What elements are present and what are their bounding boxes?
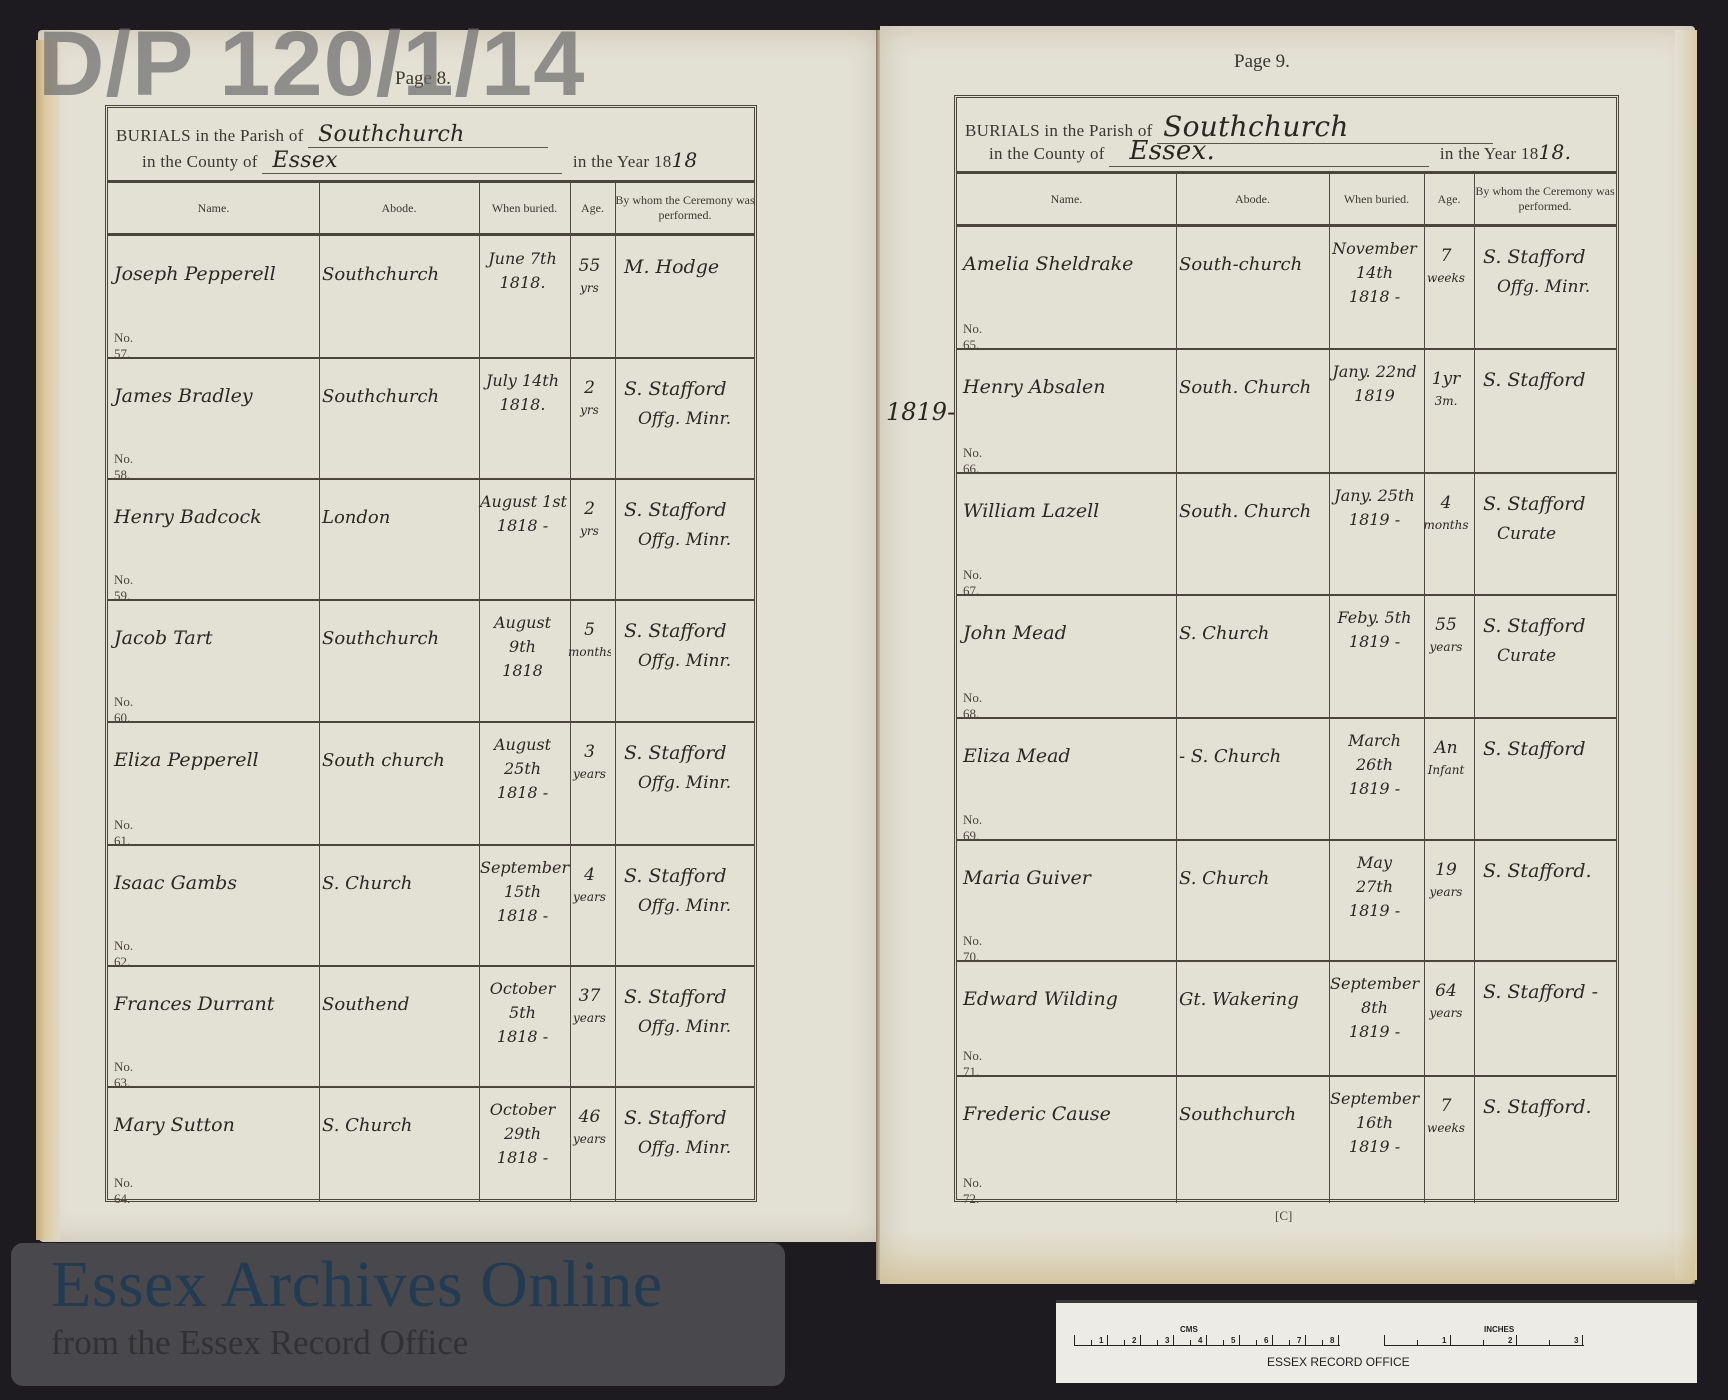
book-spine	[876, 30, 880, 1280]
entry-abode: S. Church	[1179, 868, 1269, 889]
entry-age: 7	[1422, 1096, 1470, 1117]
entry-burial-date: 5th	[480, 1002, 565, 1023]
entry-age: yrs	[568, 278, 611, 299]
entry-name: Edward Wilding	[963, 989, 1118, 1010]
entry-officiant: S. Stafford	[624, 497, 727, 523]
entry-number: No. 64.	[114, 1175, 133, 1207]
entry-age: yrs	[568, 521, 611, 542]
entry-abode: Southchurch	[322, 386, 439, 407]
entry-burial-date: June 7th	[480, 248, 565, 269]
ruler-tick-label: 5	[1231, 1336, 1235, 1345]
entry-abode: Southend	[322, 994, 409, 1015]
entry-burial-date: 1818 -	[480, 905, 565, 926]
col-header-name: Name.	[957, 173, 1176, 225]
row-divider	[957, 717, 1616, 719]
entry-abode: - S. Church	[1179, 746, 1281, 767]
entry-abode: South-church	[1179, 254, 1302, 275]
county-line: in the County of Essex in the Year 1818	[142, 148, 698, 174]
entry-burial-date: 26th	[1330, 754, 1419, 775]
col-divider	[1474, 173, 1475, 1203]
entry-burial-date: August	[480, 734, 565, 755]
entry-burial-date: November	[1330, 238, 1419, 259]
right-page-edge	[1675, 30, 1697, 1280]
col-header-by-whom: By whom the Ceremony was performed.	[1474, 173, 1616, 225]
entry-burial-date: Feby. 5th	[1330, 607, 1419, 628]
ruler-tick	[1272, 1335, 1273, 1345]
ruler-tick	[1190, 1340, 1191, 1345]
entry-abode: S. Church	[322, 873, 412, 894]
ruler-tick	[1549, 1340, 1550, 1345]
ruler-tick	[1516, 1335, 1517, 1345]
entry-age: years	[568, 1129, 611, 1150]
ruler-tick	[1582, 1335, 1583, 1345]
entry-age: 3m.	[1422, 391, 1470, 412]
signature-mark: [C]	[1275, 1208, 1292, 1224]
entry-name: Maria Guiver	[963, 868, 1091, 889]
county-line: in the County of Essex. in the Year 1818…	[989, 136, 1571, 167]
entry-abode: London	[322, 507, 390, 528]
entry-burial-date: September	[480, 857, 565, 878]
county-prefix: in the County of	[989, 144, 1105, 163]
cms-label: CMS	[1180, 1325, 1198, 1334]
entry-number: No. 69.	[963, 812, 982, 844]
entry-number: No. 60.	[114, 694, 133, 726]
entry-number: No. 66.	[963, 445, 982, 477]
entry-burial-date: 1818 -	[480, 1147, 565, 1168]
entry-age: years	[568, 887, 611, 908]
entry-burial-date: July 14th	[480, 370, 565, 391]
entry-burial-date: 1819 -	[1330, 778, 1419, 799]
entry-officiant: S. Stafford	[1483, 491, 1586, 517]
document-reference: D/P 120/1/14	[38, 18, 585, 110]
entry-age: 46	[568, 1107, 611, 1128]
scale-ruler: 12345678 CMS 123 INCHES ESSEX RECORD OFF…	[1056, 1300, 1697, 1383]
county-field: Essex.	[1109, 136, 1429, 167]
row-divider	[957, 594, 1616, 596]
entry-officiant: Offg. Minr.	[638, 648, 731, 674]
col-header-name: Name.	[108, 182, 319, 234]
entry-burial-date: 1818 -	[1330, 286, 1419, 307]
col-divider	[570, 182, 571, 1202]
entry-number: No. 65.	[963, 321, 982, 353]
entry-officiant: Curate	[1497, 643, 1556, 669]
entry-burial-date: August	[480, 612, 565, 633]
row-divider	[108, 1086, 754, 1088]
entry-burial-date: 1819 -	[1330, 1136, 1419, 1157]
archives-title: Essex Archives Online	[51, 1247, 663, 1323]
entry-officiant: Offg. Minr.	[1497, 274, 1590, 300]
entry-name: James Bradley	[114, 386, 253, 407]
col-header-abode: Abode.	[1176, 173, 1329, 225]
entry-officiant: S. Stafford	[624, 984, 727, 1010]
ruler-tick-label: 7	[1297, 1336, 1301, 1345]
entry-name: Eliza Pepperell	[114, 750, 259, 771]
entry-burial-date: 25th	[480, 758, 565, 779]
entry-officiant: S. Stafford	[624, 863, 727, 889]
ruler-tick	[1223, 1340, 1224, 1345]
entry-burial-date: 15th	[480, 881, 565, 902]
row-divider	[108, 478, 754, 480]
entry-burial-date: September	[1330, 1088, 1419, 1109]
archives-watermark: Essex Archives Online from the Essex Rec…	[11, 1243, 785, 1386]
county-field: Essex	[262, 148, 562, 174]
entry-name: William Lazell	[963, 501, 1099, 522]
entry-age: months	[568, 642, 611, 663]
cms-scale: 12345678	[1074, 1335, 1340, 1346]
entry-number: No. 70.	[963, 933, 982, 965]
ruler-tick	[1091, 1340, 1092, 1345]
entry-burial-date: 1819 -	[1330, 631, 1419, 652]
entry-age: weeks	[1422, 268, 1470, 289]
register-title-line: BURIALS in the Parish of Southchurch	[116, 122, 548, 148]
row-divider	[957, 839, 1616, 841]
ruler-tick	[1140, 1335, 1141, 1345]
entry-burial-date: 14th	[1330, 262, 1419, 283]
entry-burial-date: 1818 -	[480, 782, 565, 803]
entry-name: Amelia Sheldrake	[963, 254, 1133, 275]
col-divider	[1329, 173, 1330, 1203]
entry-name: Isaac Gambs	[114, 873, 237, 894]
ruler-tick-label: 2	[1508, 1336, 1512, 1345]
entry-age: 2	[568, 499, 611, 520]
margin-year-note: 1819-	[886, 398, 955, 426]
entry-name: Frances Durrant	[114, 994, 274, 1015]
entry-age: years	[1422, 1003, 1470, 1024]
county-prefix: in the County of	[142, 152, 258, 171]
entry-burial-date: 1818.	[480, 272, 565, 293]
ruler-tick-label: 8	[1330, 1336, 1334, 1345]
entry-abode: S. Church	[1179, 623, 1269, 644]
entry-abode: Southchurch	[322, 264, 439, 285]
entry-name: Henry Badcock	[114, 507, 262, 528]
entry-age: years	[568, 1008, 611, 1029]
col-header-abode: Abode.	[319, 182, 479, 234]
entry-age: 5	[568, 620, 611, 641]
col-header-when-buried: When buried.	[479, 182, 570, 234]
entry-age: An	[1422, 738, 1470, 759]
entry-name: Eliza Mead	[963, 746, 1071, 767]
entry-burial-date: October	[480, 1099, 565, 1120]
entry-age: 4	[568, 865, 611, 886]
entry-burial-date: August 1st	[480, 491, 565, 512]
entry-name: Frederic Cause	[963, 1104, 1111, 1125]
entry-abode: Southchurch	[322, 628, 439, 649]
entry-burial-date: September	[1330, 973, 1419, 994]
entry-number: No. 72.	[963, 1175, 982, 1207]
entry-abode: Gt. Wakering	[1179, 989, 1299, 1010]
col-divider	[615, 182, 616, 1202]
col-header-when-buried: When buried.	[1329, 173, 1424, 225]
year-prefix: in the Year 18	[573, 152, 672, 171]
entry-burial-date: 8th	[1330, 997, 1419, 1018]
entry-age: 2	[568, 378, 611, 399]
entry-age: 3	[568, 742, 611, 763]
entry-name: Jacob Tart	[114, 628, 212, 649]
col-divider	[1424, 173, 1425, 1203]
entry-officiant: S. Stafford	[624, 376, 727, 402]
row-divider	[108, 357, 754, 359]
ruler-tick	[1239, 1335, 1240, 1345]
entry-officiant: Offg. Minr.	[638, 527, 731, 553]
entry-burial-date: 1819 -	[1330, 1021, 1419, 1042]
entry-burial-date: March	[1330, 730, 1419, 751]
row-divider	[957, 472, 1616, 474]
row-divider	[957, 1075, 1616, 1077]
entry-officiant: Curate	[1497, 521, 1556, 547]
ruler-tick	[1074, 1335, 1075, 1345]
entry-number: No. 59.	[114, 572, 133, 604]
entry-burial-date: 1818 -	[480, 515, 565, 536]
entry-burial-date: October	[480, 978, 565, 999]
entry-abode: South church	[322, 750, 445, 771]
left-page-edge	[36, 40, 60, 1240]
entry-name: Joseph Pepperell	[114, 264, 276, 285]
page-stain	[880, 1230, 1695, 1284]
ruler-tick	[1289, 1340, 1290, 1345]
entry-number: No. 62.	[114, 938, 133, 970]
col-divider	[1176, 173, 1177, 1203]
entry-burial-date: 1819	[1330, 385, 1419, 406]
ruler-tick-label: 1	[1099, 1336, 1103, 1345]
entry-officiant: Offg. Minr.	[638, 1014, 731, 1040]
col-divider	[319, 182, 320, 1202]
ruler-tick-label: 2	[1132, 1336, 1136, 1345]
entry-number: No. 67.	[963, 567, 982, 599]
page-label-right: Page 9.	[1234, 51, 1290, 73]
ruler-tick	[1338, 1335, 1339, 1345]
entry-officiant: M. Hodge	[624, 254, 719, 280]
entry-age: weeks	[1422, 1118, 1470, 1139]
entry-officiant: S. Stafford	[624, 618, 727, 644]
entry-abode: Southchurch	[1179, 1104, 1296, 1125]
row-divider	[108, 721, 754, 723]
entry-age: years	[568, 764, 611, 785]
row-divider	[108, 965, 754, 967]
entry-number: No. 58.	[114, 451, 133, 483]
ruler-tick	[1124, 1340, 1125, 1345]
entry-name: John Mead	[963, 623, 1067, 644]
entry-age: 19	[1422, 860, 1470, 881]
col-header-age: Age.	[1424, 173, 1474, 225]
entry-officiant: S. Stafford	[624, 740, 727, 766]
ruler-tick	[1256, 1340, 1257, 1345]
entry-number: No. 71.	[963, 1048, 982, 1080]
col-header-by-whom: By whom the Ceremony was performed.	[615, 182, 755, 234]
row-divider	[108, 844, 754, 846]
ruler-tick	[1450, 1335, 1451, 1345]
entry-officiant: S. Stafford.	[1483, 1094, 1592, 1120]
entry-burial-date: 9th	[480, 636, 565, 657]
entry-burial-date: Jany. 25th	[1330, 485, 1419, 506]
ruler-tick	[1173, 1335, 1174, 1345]
entry-abode: South. Church	[1179, 377, 1311, 398]
entry-number: No. 63.	[114, 1059, 133, 1091]
entry-number: No. 68.	[963, 690, 982, 722]
ruler-tick	[1305, 1335, 1306, 1345]
ruler-tick	[1384, 1335, 1385, 1345]
entry-age: 55	[1422, 615, 1470, 636]
entry-age: 64	[1422, 981, 1470, 1002]
entry-burial-date: Jany. 22nd	[1330, 361, 1419, 382]
entry-abode: S. Church	[322, 1115, 412, 1136]
entry-officiant: S. Stafford	[1483, 367, 1586, 393]
entry-abode: South. Church	[1179, 501, 1311, 522]
record-office-label: ESSEX RECORD OFFICE	[1267, 1355, 1410, 1369]
entry-name: Henry Absalen	[963, 377, 1105, 398]
row-divider	[957, 960, 1616, 962]
entry-burial-date: 27th	[1330, 876, 1419, 897]
ruler-tick	[1322, 1340, 1323, 1345]
entry-officiant: S. Stafford -	[1483, 979, 1598, 1005]
entry-officiant: S. Stafford.	[1483, 858, 1592, 884]
ruler-tick	[1483, 1340, 1484, 1345]
entry-age: 37	[568, 986, 611, 1007]
entry-officiant: S. Stafford	[1483, 244, 1586, 270]
entry-age: 55	[568, 256, 611, 277]
ruler-tick-label: 3	[1165, 1336, 1169, 1345]
entry-burial-date: 1819 -	[1330, 509, 1419, 530]
entry-age: 7	[1422, 246, 1470, 267]
entry-burial-date: 16th	[1330, 1112, 1419, 1133]
entry-number: No. 61.	[114, 817, 133, 849]
row-divider	[957, 348, 1616, 350]
entry-burial-date: 1818.	[480, 394, 565, 415]
ruler-tick	[1157, 1340, 1158, 1345]
entry-officiant: S. Stafford	[624, 1105, 727, 1131]
col-header-age: Age.	[570, 182, 615, 234]
year-prefix: in the Year 18	[1440, 144, 1539, 163]
ruler-tick-label: 6	[1264, 1336, 1268, 1345]
ruler-tick	[1107, 1335, 1108, 1345]
ruler-tick	[1206, 1335, 1207, 1345]
entry-officiant: Offg. Minr.	[638, 893, 731, 919]
entry-age: years	[1422, 882, 1470, 903]
entry-officiant: S. Stafford	[1483, 613, 1586, 639]
entry-number: No. 57.	[114, 330, 133, 362]
archives-subtitle: from the Essex Record Office	[51, 1323, 468, 1363]
ruler-tick-label: 4	[1198, 1336, 1202, 1345]
entry-age: months	[1422, 515, 1470, 536]
entry-officiant: Offg. Minr.	[638, 1135, 731, 1161]
entry-age: years	[1422, 637, 1470, 658]
entry-burial-date: 1819 -	[1330, 900, 1419, 921]
entry-burial-date: 29th	[480, 1123, 565, 1144]
row-divider	[108, 599, 754, 601]
parish-field: Southchurch	[308, 122, 548, 148]
inches-label: INCHES	[1484, 1325, 1514, 1334]
entry-name: Mary Sutton	[114, 1115, 235, 1136]
ruler-tick-label: 1	[1442, 1336, 1446, 1345]
year-field: 18	[672, 148, 698, 172]
entry-officiant: Offg. Minr.	[638, 770, 731, 796]
entry-age: yrs	[568, 400, 611, 421]
ruler-tick	[1417, 1340, 1418, 1345]
col-divider	[479, 182, 480, 1202]
burials-prefix: BURIALS in the Parish of	[116, 126, 304, 145]
entry-officiant: Offg. Minr.	[638, 406, 731, 432]
entry-burial-date: 1818	[480, 660, 565, 681]
entry-burial-date: May	[1330, 852, 1419, 873]
entry-officiant: S. Stafford	[1483, 736, 1586, 762]
entry-age: Infant	[1422, 760, 1470, 781]
entry-age: 1yr	[1422, 369, 1470, 390]
ruler-tick-label: 3	[1574, 1336, 1578, 1345]
entry-age: 4	[1422, 493, 1470, 514]
entry-burial-date: 1818 -	[480, 1026, 565, 1047]
inches-scale: 123	[1384, 1335, 1584, 1346]
year-field: 18.	[1539, 140, 1572, 164]
